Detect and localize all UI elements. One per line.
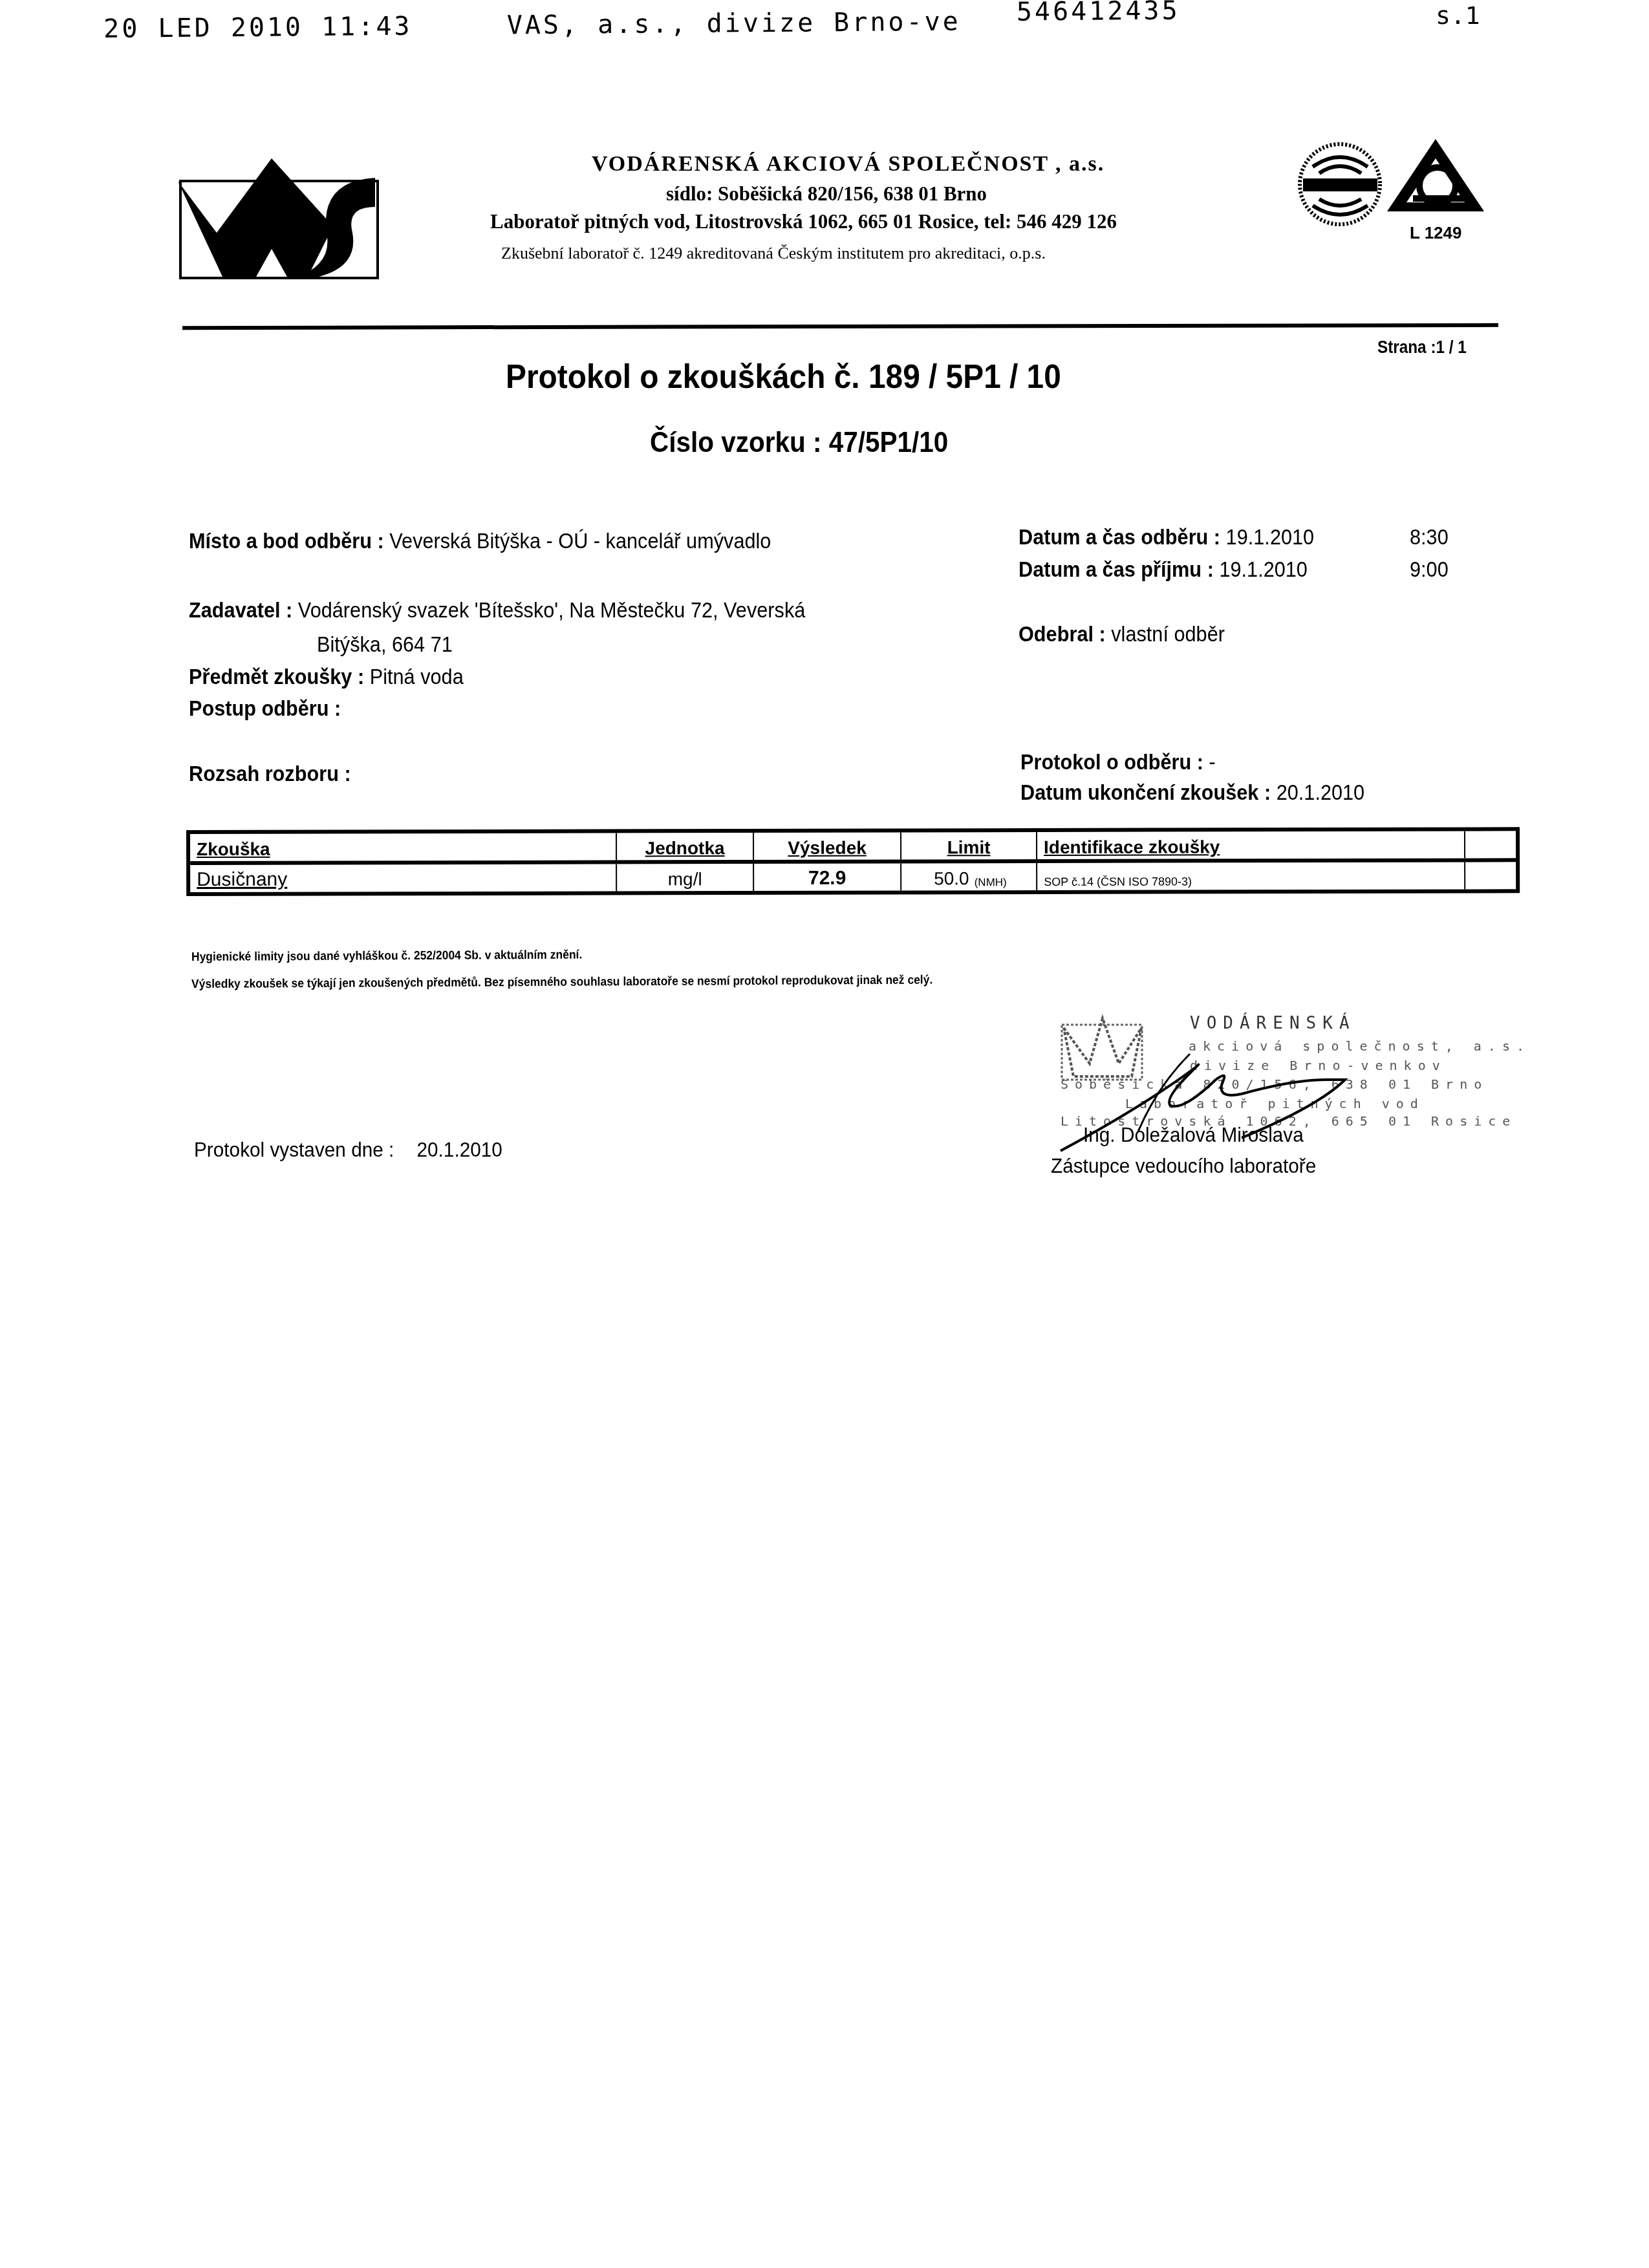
sampling-procedure: Postup odběru :: [189, 696, 341, 721]
hygiene-limits-note: Hygienické limity jsou dané vyhláškou č.…: [191, 948, 582, 965]
signatory-role: Zástupce vedoucího laboratoře: [1051, 1154, 1316, 1178]
company-accreditation: Zkušební laboratoř č. 1249 akreditovaná …: [501, 244, 1046, 263]
issued-date: Protokol vystaven dne : 20.1.2010: [194, 1138, 502, 1162]
cell-limit: 50.0 (NMH): [901, 863, 1037, 890]
issued-value: 20.1.2010: [416, 1138, 502, 1161]
table-header-row: Zkouška Jednotka Výsledek Limit Identifi…: [190, 831, 1516, 861]
column-header-unit: Jednotka: [617, 833, 754, 860]
column-header-result: Výsledek: [754, 832, 901, 860]
receipt-datetime: Datum a čas příjmu : 19.1.2010: [1018, 557, 1308, 582]
fax-header: 20 LED 2010 11:43 VAS, a.s., divize Brno…: [103, 5, 1180, 44]
client-value-line1: Vodárenský svazek 'Bítešsko', Na Městečk…: [298, 598, 805, 622]
sampling-place: Místo a bod odběru : Veverská Bitýška - …: [189, 529, 771, 553]
column-header-test: Zkouška: [190, 833, 617, 861]
client-label: Zadavatel :: [189, 598, 292, 622]
receipt-time: 9:00: [1410, 557, 1449, 582]
sampling-date: 19.1.2010: [1226, 525, 1315, 549]
cell-identification: SOP č.14 (ČSN ISO 7890-3): [1037, 862, 1465, 891]
receipt-datetime-label: Datum a čas příjmu :: [1018, 557, 1214, 581]
column-header-identification: Identifikace zkoušky: [1037, 831, 1465, 860]
cell-limit-value: 50.0: [934, 868, 969, 889]
sampler-value: vlastní odběr: [1111, 622, 1225, 646]
vas-logo-icon: [178, 155, 383, 281]
sampling-protocol-value: -: [1209, 750, 1216, 774]
receipt-date: 19.1.2010: [1219, 557, 1308, 581]
reproduction-note: Výsledky zkoušek se týkají jen zkoušenýc…: [191, 973, 932, 992]
test-subject-label: Předmět zkoušky :: [189, 665, 364, 689]
sampling-time: 8:30: [1410, 525, 1449, 550]
sampling-datetime-label: Datum a čas odběru :: [1018, 525, 1220, 549]
client-value-line2: Bitýška, 664 71: [317, 632, 453, 657]
sampling-place-value: Veverská Bitýška - OÚ - kancelář umývadl…: [389, 529, 771, 553]
fax-page-number: s.1: [1436, 1, 1480, 30]
issued-label: Protokol vystaven dne :: [194, 1138, 394, 1161]
cell-limit-type: (NMH): [975, 876, 1007, 889]
stamp-line-1: VODÁRENSKÁ: [1190, 1014, 1356, 1033]
sampling-datetime: Datum a čas odběru : 19.1.2010: [1018, 525, 1314, 550]
sampling-protocol: Protokol o odběru : -: [1020, 750, 1216, 775]
sample-number: Číslo vzorku : 47/5P1/10: [650, 427, 948, 459]
certification-seal-icon: [1297, 141, 1384, 228]
sampling-protocol-label: Protokol o odběru :: [1020, 750, 1203, 774]
page-title: Protokol o zkouškách č. 189 / 5P1 / 10: [506, 358, 1061, 396]
fax-number: 546412435: [1017, 0, 1180, 27]
test-subject: Předmět zkoušky : Pitná voda: [189, 665, 464, 689]
company-seat: sídlo: Soběšická 820/156, 638 01 Brno: [666, 182, 987, 206]
client: Zadavatel : Vodárenský svazek 'Bítešsko'…: [189, 598, 805, 623]
table-row: Dusičnany mg/l 72.9 50.0 (NMH) SOP č.14 …: [190, 858, 1516, 892]
cell-extra: [1465, 862, 1516, 889]
analysis-scope-label: Rozsah rozboru :: [189, 762, 351, 786]
fax-sender: VAS, a.s., divize Brno-ve: [507, 6, 961, 40]
cell-result: 72.9: [754, 863, 901, 891]
accreditation-triangle-icon: [1387, 139, 1491, 213]
fax-datetime: 20 LED 2010 11:43: [103, 12, 413, 44]
tests-end-value: 20.1.2010: [1277, 780, 1365, 804]
accreditation-mark: L 1249: [1410, 223, 1461, 243]
cell-unit: mg/l: [617, 864, 754, 891]
sampler-label: Odebral :: [1018, 622, 1106, 646]
sampler: Odebral : vlastní odběr: [1018, 622, 1225, 647]
test-subject-value: Pitná voda: [370, 665, 464, 689]
company-lab: Laboratoř pitných vod, Litostrovská 1062…: [490, 210, 1117, 233]
page-label: Strana :1 / 1: [1377, 337, 1467, 358]
column-header-extra: [1465, 831, 1516, 858]
sampling-procedure-label: Postup odběru :: [189, 696, 341, 720]
results-table: Zkouška Jednotka Výsledek Limit Identifi…: [186, 827, 1520, 896]
signatory-name: Ing. Doležalová Miroslava: [1083, 1123, 1304, 1147]
sampling-place-label: Místo a bod odběru :: [189, 529, 384, 553]
header-divider: [182, 323, 1498, 330]
tests-end-label: Datum ukončení zkoušek :: [1020, 780, 1271, 804]
column-header-limit: Limit: [901, 832, 1037, 859]
analysis-scope: Rozsah rozboru :: [189, 762, 351, 786]
cell-test: Dusičnany: [190, 864, 617, 892]
tests-end-date: Datum ukončení zkoušek : 20.1.2010: [1020, 780, 1364, 805]
company-name: VODÁRENSKÁ AKCIOVÁ SPOLEČNOST , a.s.: [592, 152, 1105, 177]
